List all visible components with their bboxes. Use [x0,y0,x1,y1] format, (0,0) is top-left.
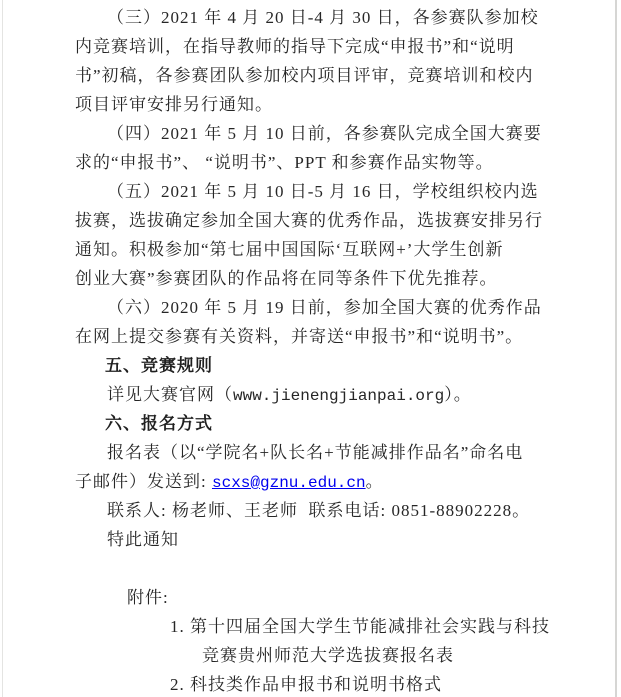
text-line: 2. 科技类作品申报书和说明书格式 [75,670,575,697]
text-line: 附件: [75,583,575,612]
text-segment: 报名表（以“学院名+队长名+节能减排作品名”命名电 [107,443,523,462]
text-segment: ）。 [444,385,472,404]
text-line: 子邮件）发送到: scxs@gznu.edu.cn。 [75,467,575,496]
text-segment: （六）2020 年 5 月 19 日前，参加全国大赛的优秀作品 [107,298,542,317]
page-edge-left [2,0,3,697]
text-line: 联系人: 杨老师、王老师 联系电话: 0851-88902228。 [75,496,575,525]
text-line: 详见大赛官网（www.jienengjianpai.org）。 [75,380,575,409]
text-segment: 在网上提交参赛有关资料，并寄送“申报书”和“说明书”。 [75,327,523,346]
text-line: （四）2021 年 5 月 10 日前，各参赛队完成全国大赛要 [75,119,575,148]
text-line: （五）2021 年 5 月 10 日-5 月 16 日，学校组织校内选 [75,177,575,206]
text-line: 特此通知 [75,525,575,554]
blank-line [75,554,575,583]
text-segment: 通知。积极参加“第七届中国国际‘互联网+’大学生创新 [75,240,503,259]
text-line: 创业大赛”参赛团队的作品将在同等条件下优先推荐。 [75,264,575,293]
text-segment: 联系人: 杨老师、王老师 联系电话: 0851-88902228。 [107,501,530,520]
text-segment: 子邮件）发送到: [75,472,212,491]
text-line: 项目评审安排另行通知。 [75,90,575,119]
text-segment: 2. 科技类作品申报书和说明书格式 [170,675,442,694]
text-line: （六）2020 年 5 月 19 日前，参加全国大赛的优秀作品 [75,293,575,322]
email-link[interactable]: scxs@gznu.edu.cn [212,474,366,492]
section-heading: 六、报名方式 [75,409,575,438]
page-edge-right [615,0,617,697]
document-page: （三）2021 年 4 月 20 日-4 月 30 日，各参赛队参加校内竞赛培训… [0,0,621,697]
text-line: 在网上提交参赛有关资料，并寄送“申报书”和“说明书”。 [75,322,575,351]
text-segment: 求的“申报书”、 “说明书”、PPT 和参赛作品实物等。 [75,153,494,172]
text-line: 报名表（以“学院名+队长名+节能减排作品名”命名电 [75,438,575,467]
text-segment: 五、竞赛规则 [105,356,213,375]
text-segment: 拔赛，选拔确定参加全国大赛的优秀作品，选拔赛安排另行 [75,211,543,230]
text-segment: （四）2021 年 5 月 10 日前，各参赛队完成全国大赛要 [107,124,542,143]
text-line: 求的“申报书”、 “说明书”、PPT 和参赛作品实物等。 [75,148,575,177]
document-body: （三）2021 年 4 月 20 日-4 月 30 日，各参赛队参加校内竞赛培训… [75,3,575,697]
text-line: 内竞赛培训，在指导教师的指导下完成“申报书”和“说明 [75,32,575,61]
text-segment: （三）2021 年 4 月 20 日-4 月 30 日，各参赛队参加校 [107,8,539,27]
text-line: 书”初稿，各参赛团队参加校内项目评审，竞赛培训和校内 [75,61,575,90]
text-segment: 竞赛贵州师范大学选拔赛报名表 [202,646,454,665]
text-segment: （五）2021 年 5 月 10 日-5 月 16 日，学校组织校内选 [107,182,539,201]
text-line: 通知。积极参加“第七届中国国际‘互联网+’大学生创新 [75,235,575,264]
text-segment: 详见大赛官网（ [107,385,233,404]
text-segment: 项目评审安排另行通知。 [75,95,273,114]
text-line: 竞赛贵州师范大学选拔赛报名表 [75,641,575,670]
text-segment: 附件: [127,588,169,607]
text-segment: 六、报名方式 [105,414,213,433]
text-segment: 书”初稿，各参赛团队参加校内项目评审，竞赛培训和校内 [75,66,534,85]
text-line: 1. 第十四届全国大学生节能减排社会实践与科技 [75,612,575,641]
text-segment: 。 [366,472,384,491]
text-line: 拔赛，选拔确定参加全国大赛的优秀作品，选拔赛安排另行 [75,206,575,235]
text-segment: 1. 第十四届全国大学生节能减排社会实践与科技 [170,617,550,636]
text-line: （三）2021 年 4 月 20 日-4 月 30 日，各参赛队参加校 [75,3,575,32]
text-segment: 特此通知 [107,530,179,549]
text-segment: 内竞赛培训，在指导教师的指导下完成“申报书”和“说明 [75,37,515,56]
text-segment: 创业大赛”参赛团队的作品将在同等条件下优先推荐。 [75,269,498,288]
website-url: www.jienengjianpai.org [233,387,444,405]
section-heading: 五、竞赛规则 [75,351,575,380]
